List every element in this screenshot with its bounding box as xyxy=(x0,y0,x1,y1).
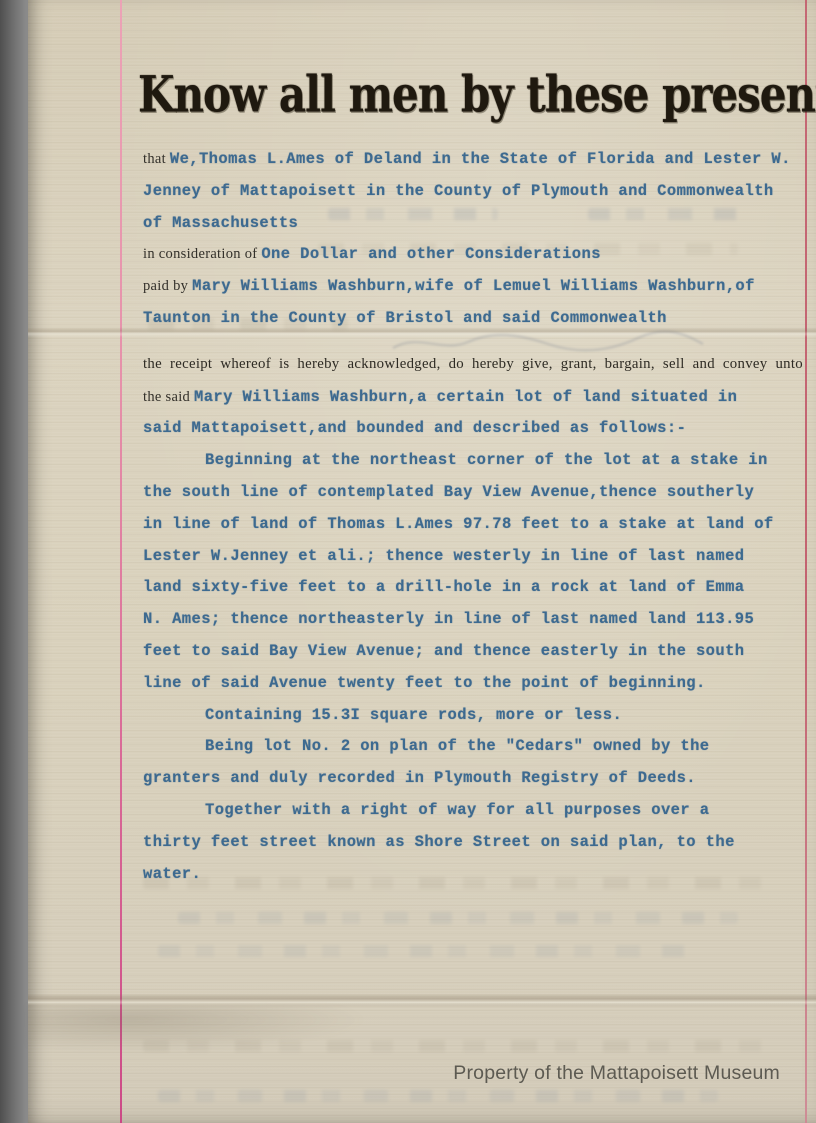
typed-text: water. xyxy=(143,865,201,883)
document-line: Being lot No. 2 on plan of the "Cedars" … xyxy=(143,737,803,769)
right-margin-rule xyxy=(805,0,807,1123)
left-margin-rule xyxy=(120,0,122,1123)
bleedthrough-smudge xyxy=(158,1090,718,1102)
document-line: N. Ames; thence northeasterly in line of… xyxy=(143,610,803,642)
document-line: granters and duly recorded in Plymouth R… xyxy=(143,769,803,801)
typed-text: Mary Williams Washburn,wife of Lemuel Wi… xyxy=(192,277,755,295)
typed-text: We,Thomas L.Ames of Deland in the State … xyxy=(170,150,791,168)
document-line: the receipt whereof is hereby acknowledg… xyxy=(143,356,803,388)
bleedthrough-smudge xyxy=(158,945,698,957)
typed-text: Mary Williams Washburn,a certain lot of … xyxy=(194,388,737,406)
printed-text: in consideration of xyxy=(143,246,261,262)
typed-text: Together with a right of way for all pur… xyxy=(205,801,709,819)
document-line: water. xyxy=(143,865,803,897)
document-line: that We,Thomas L.Ames of Deland in the S… xyxy=(143,150,803,182)
bleedthrough-smudge xyxy=(178,912,738,924)
typed-text: Taunton in the County of Bristol and sai… xyxy=(143,309,667,327)
typed-text: N. Ames; thence northeasterly in line of… xyxy=(143,610,754,628)
typed-text: thirty feet street known as Shore Street… xyxy=(143,833,735,851)
typed-text: Containing 15.3I square rods, more or le… xyxy=(205,706,622,724)
typed-text: said Mattapoisett,and bounded and descri… xyxy=(143,419,686,437)
document-line: Together with a right of way for all pur… xyxy=(143,801,803,833)
typed-text: Being lot No. 2 on plan of the "Cedars" … xyxy=(205,737,709,755)
document-line: in consideration of One Dollar and other… xyxy=(143,245,803,277)
printed-text: that xyxy=(143,151,170,167)
scanned-deed-screenshot: { "document": { "title": "Know all men b… xyxy=(0,0,816,1123)
document-line: Lester W.Jenney et ali.; thence westerly… xyxy=(143,547,803,579)
museum-watermark: Property of the Mattapoisett Museum xyxy=(453,1062,780,1085)
typed-text: Jenney of Mattapoisett in the County of … xyxy=(143,182,774,200)
typed-text: Lester W.Jenney et ali.; thence westerly… xyxy=(143,547,745,565)
typed-text: Beginning at the northeast corner of the… xyxy=(205,451,768,469)
document-body: that We,Thomas L.Ames of Deland in the S… xyxy=(143,150,803,896)
document-line: feet to said Bay View Avenue; and thence… xyxy=(143,642,803,674)
document-line: line of said Avenue twenty feet to the p… xyxy=(143,674,803,706)
typed-text: granters and duly recorded in Plymouth R… xyxy=(143,769,696,787)
document-line: land sixty-five feet to a drill-hole in … xyxy=(143,578,803,610)
paragraph-gap xyxy=(143,341,803,356)
document-line: said Mattapoisett,and bounded and descri… xyxy=(143,419,803,451)
fold-shadow xyxy=(28,1006,368,1052)
typed-text: of Massachusetts xyxy=(143,214,298,232)
document-line: paid by Mary Williams Washburn,wife of L… xyxy=(143,277,803,309)
document-line: thirty feet street known as Shore Street… xyxy=(143,833,803,865)
document-line: the said Mary Williams Washburn,a certai… xyxy=(143,388,803,420)
document-line: Taunton in the County of Bristol and sai… xyxy=(143,309,803,341)
document-line: Containing 15.3I square rods, more or le… xyxy=(143,706,803,738)
typed-text: land sixty-five feet to a drill-hole in … xyxy=(143,578,745,596)
fold-crease-lower xyxy=(28,994,816,1008)
typed-text: the south line of contemplated Bay View … xyxy=(143,483,754,501)
document-line: Jenney of Mattapoisett in the County of … xyxy=(143,182,803,214)
bleedthrough-smudge xyxy=(143,1040,763,1052)
document-line: in line of land of Thomas L.Ames 97.78 f… xyxy=(143,515,803,547)
printed-text: the receipt whereof is hereby acknowledg… xyxy=(143,356,803,373)
document-page: Know all men by these presents that We,T… xyxy=(28,0,816,1123)
typed-text: feet to said Bay View Avenue; and thence… xyxy=(143,642,745,660)
typed-text: in line of land of Thomas L.Ames 97.78 f… xyxy=(143,515,774,533)
document-title: Know all men by these presents xyxy=(138,66,803,124)
printed-text: paid by xyxy=(143,278,192,294)
printed-text: the said xyxy=(143,389,194,405)
typed-text: line of said Avenue twenty feet to the p… xyxy=(143,674,706,692)
typed-text: One Dollar and other Considerations xyxy=(261,245,601,263)
document-line: Beginning at the northeast corner of the… xyxy=(143,451,803,483)
document-line: the south line of contemplated Bay View … xyxy=(143,483,803,515)
document-line: of Massachusetts xyxy=(143,214,803,246)
